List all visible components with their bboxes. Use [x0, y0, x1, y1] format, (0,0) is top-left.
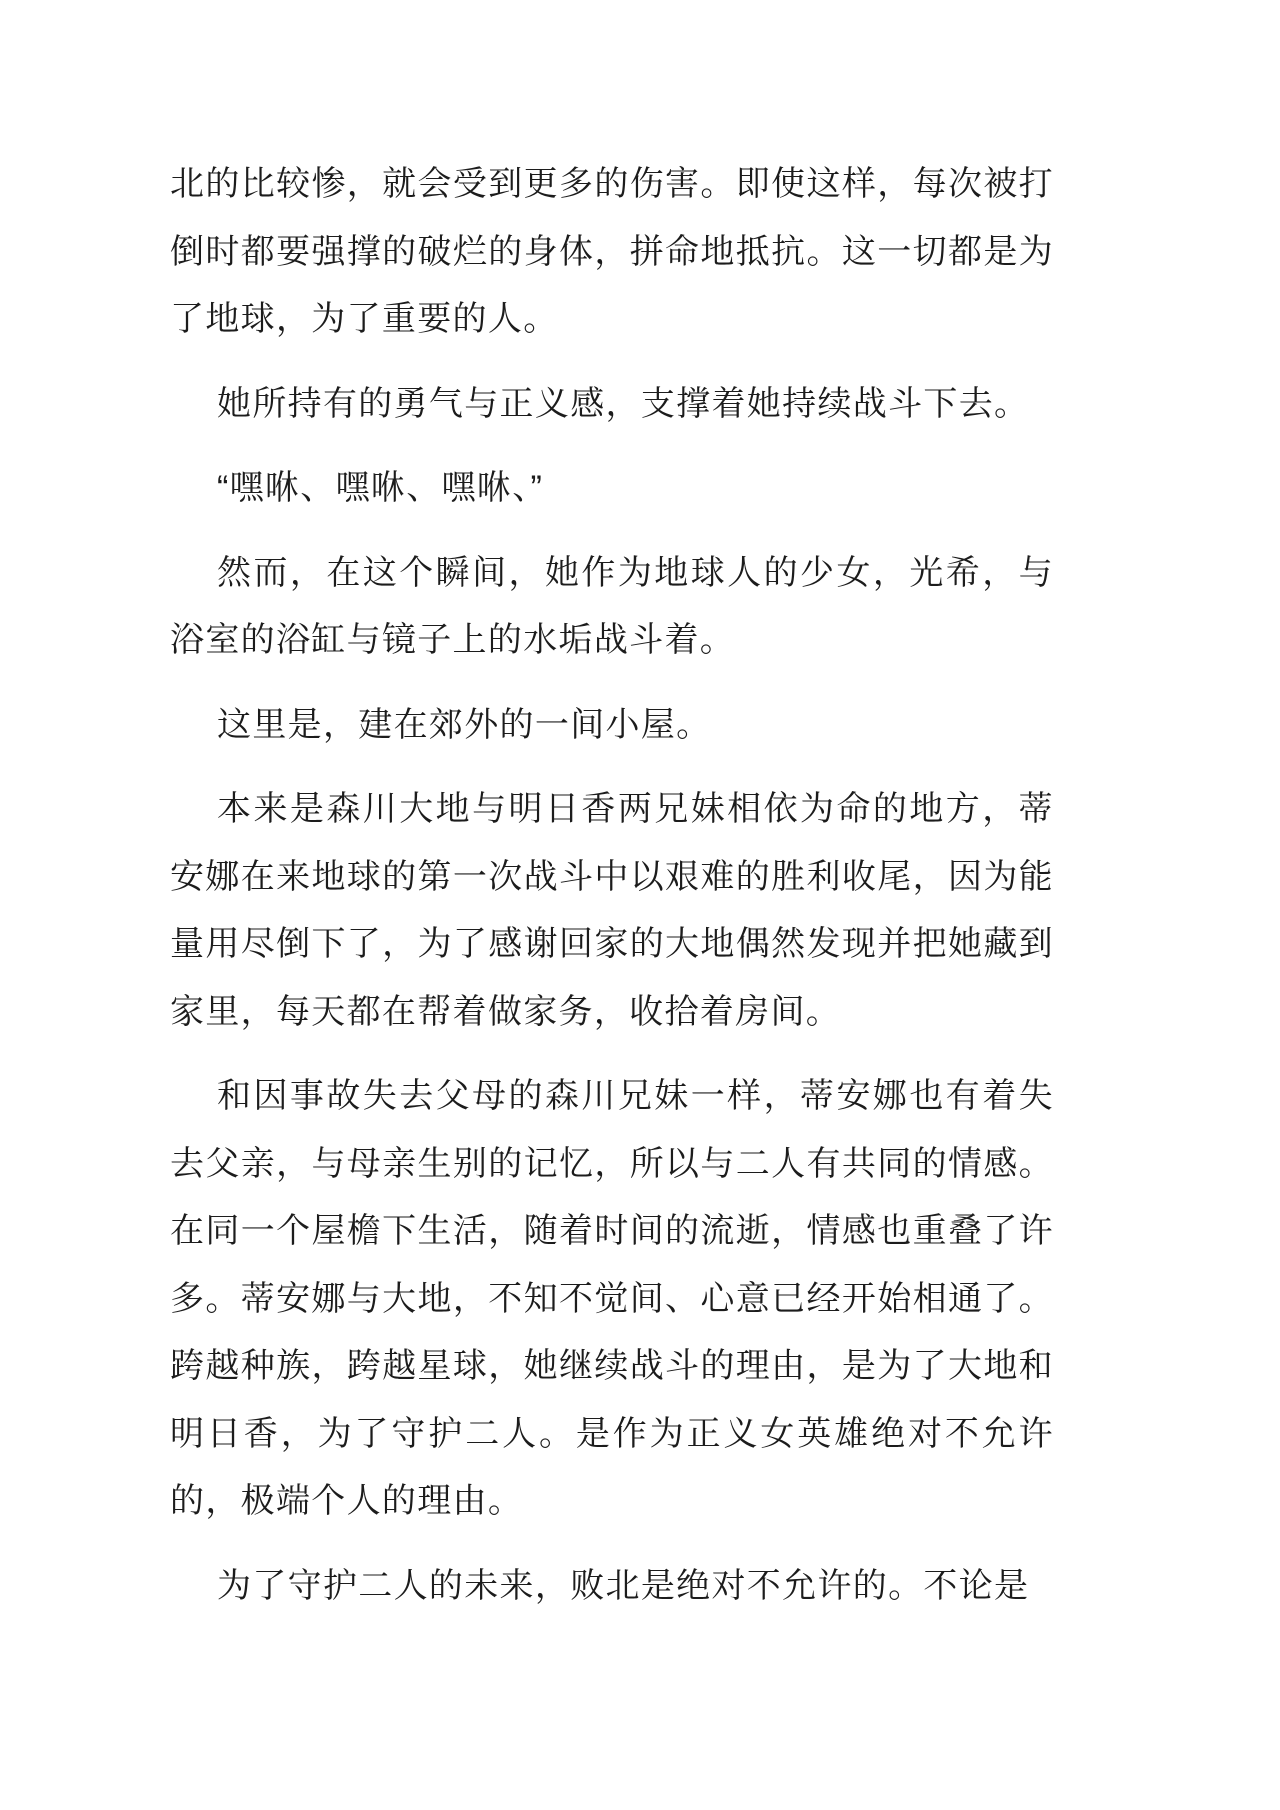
paragraph: 为了守护二人的未来，败北是绝对不允许的。不论是	[170, 1553, 1054, 1621]
paragraph-quote: “嘿咻、嘿咻、嘿咻、”	[170, 455, 1054, 523]
paragraph: 她所持有的勇气与正义感，支撑着她持续战斗下去。	[170, 371, 1054, 439]
paragraph: 北的比较惨，就会受到更多的伤害。即使这样，每次被打倒时都要强撑的破烂的身体，拼命…	[170, 151, 1054, 354]
paragraph: 然而，在这个瞬间，她作为地球人的少女，光希，与浴室的浴缸与镜子上的水垢战斗着。	[170, 540, 1054, 675]
paragraph: 本来是森川大地与明日香两兄妹相依为命的地方，蒂安娜在来地球的第一次战斗中以艰难的…	[170, 776, 1054, 1046]
document-page: 北的比较惨，就会受到更多的伤害。即使这样，每次被打倒时都要强撑的破烂的身体，拼命…	[170, 151, 1054, 1620]
paragraph: 这里是，建在郊外的一间小屋。	[170, 692, 1054, 760]
paragraph: 和因事故失去父母的森川兄妹一样，蒂安娜也有着失去父亲，与母亲生别的记忆，所以与二…	[170, 1063, 1054, 1536]
